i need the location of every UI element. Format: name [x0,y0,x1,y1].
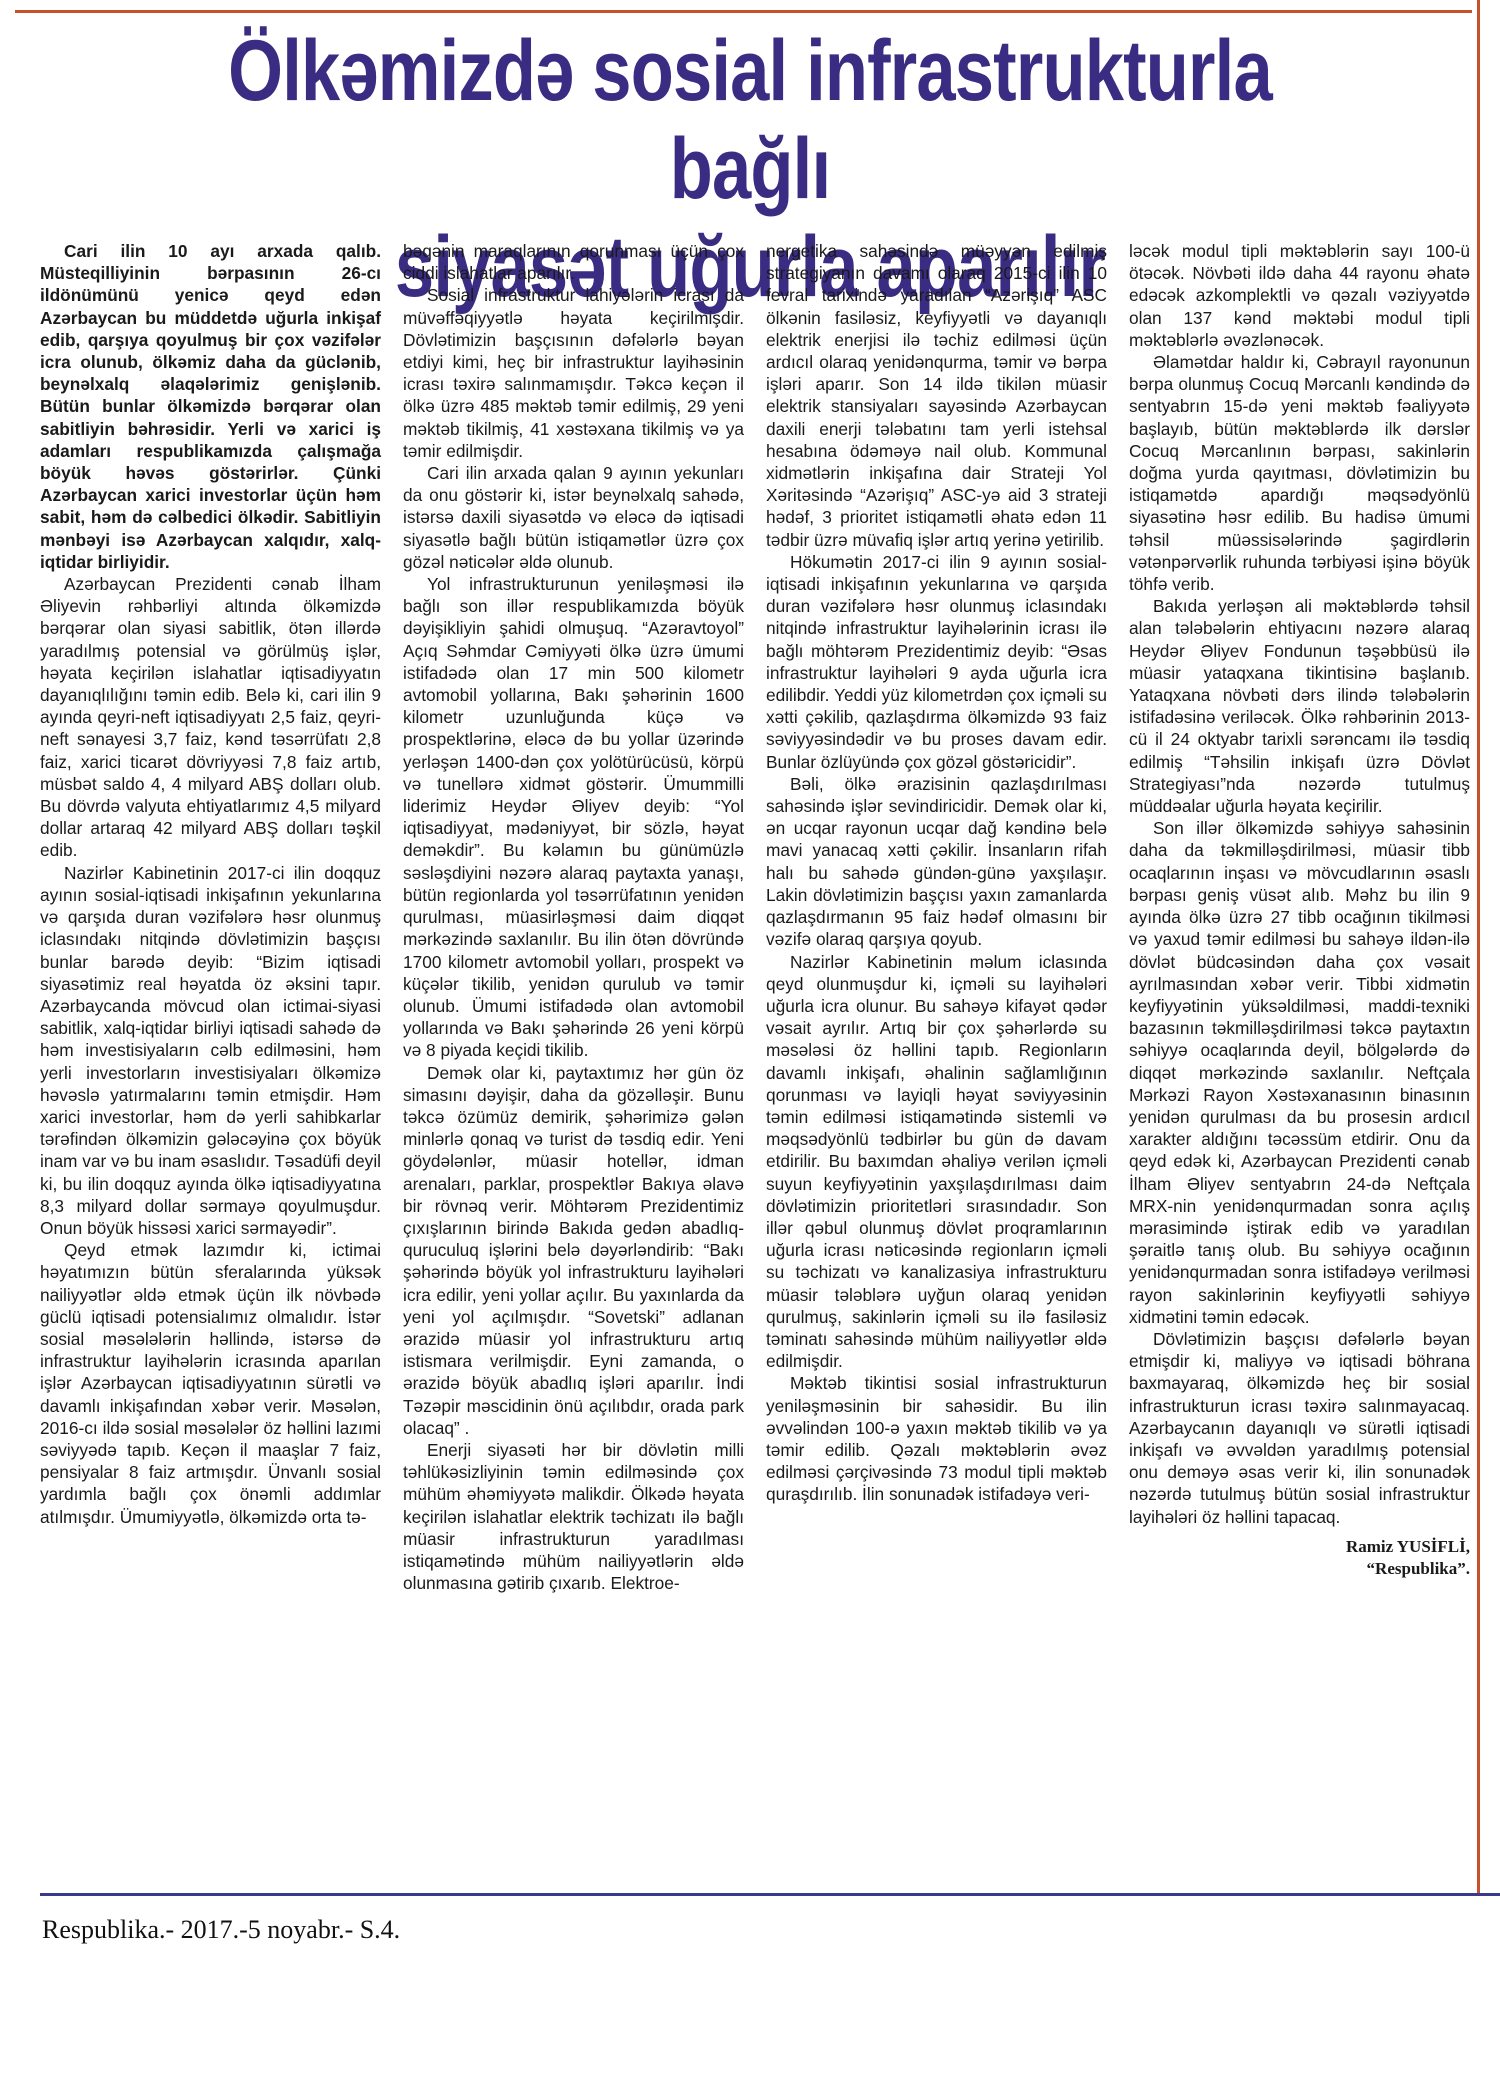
byline-outlet: “Respublika”. [1129,1558,1470,1580]
column-2: bəqənin maraqlarının qorunması üçün çox … [403,240,744,1880]
paragraph: Hökumətin 2017-ci ilin 9 ayının sosial-i… [766,551,1107,773]
paragraph: Qeyd etmək lazımdır ki, ictimai həyatımı… [40,1239,381,1528]
paragraph: Enerji siyasəti hər bir dövlətin milli t… [403,1439,744,1594]
paragraph: Demək olar ki, paytaxtımız hər gün öz si… [403,1062,744,1439]
byline: Ramiz YUSİFLİ, “Respublika”. [1129,1536,1470,1580]
column-4: ləcək modul tipli məktəblərin sayı 100-ü… [1129,240,1470,1880]
source-citation: Respublika.- 2017.-5 noyabr.- S.4. [42,1915,400,1945]
paragraph: Əlamətdar haldır ki, Cəbrayıl rayonunun … [1129,351,1470,595]
paragraph: bəqənin maraqlarının qorunması üçün çox … [403,240,744,284]
column-3: nergetika sahəsində müəyyən edilmiş stra… [766,240,1107,1880]
column-1: Cari ilin 10 ayı arxada qalıb. Müsteqill… [40,240,381,1880]
paragraph: ləcək modul tipli məktəblərin sayı 100-ü… [1129,240,1470,351]
lead-paragraph: Cari ilin 10 ayı arxada qalıb. Müsteqill… [40,240,381,573]
bottom-rule [40,1893,1500,1896]
paragraph: Sosial infrastruktur lahiyələrin icrası … [403,284,744,462]
paragraph: Son illər ölkəmizdə səhiyyə sahəsinin da… [1129,817,1470,1328]
right-rule [1477,0,1480,1895]
newspaper-page: Ölkəmizdə sosial infrastrukturla bağlı s… [0,0,1500,2092]
headline-line-1: Ölkəmizdə sosial infrastrukturla bağlı [160,22,1341,218]
top-rule [15,10,1472,13]
byline-author: Ramiz YUSİFLİ, [1129,1536,1470,1558]
paragraph: Yol infrastrukturunun yeniləşməsi ilə ba… [403,573,744,1061]
paragraph: Cari ilin arxada qalan 9 ayının yekunlar… [403,462,744,573]
paragraph: Dövlətimizin başçısı dəfələrlə bəyan etm… [1129,1328,1470,1528]
paragraph: Bakıda yerləşən ali məktəblərdə təhsil a… [1129,595,1470,817]
paragraph: Azərbaycan Prezidenti cənab İlham Əliyev… [40,573,381,862]
paragraph: Məktəb tikintisi sosial infrastrukturun … [766,1372,1107,1505]
paragraph: Bəli, ölkə ərazisinin qazlaşdırılması sa… [766,773,1107,951]
paragraph: Nazirlər Kabinetinin 2017-ci ilin doqquz… [40,862,381,1239]
article-body: Cari ilin 10 ayı arxada qalıb. Müsteqill… [40,240,1470,1880]
paragraph: nergetika sahəsində müəyyən edilmiş stra… [766,240,1107,551]
paragraph: Nazirlər Kabinetinin məlum iclasında qey… [766,951,1107,1373]
